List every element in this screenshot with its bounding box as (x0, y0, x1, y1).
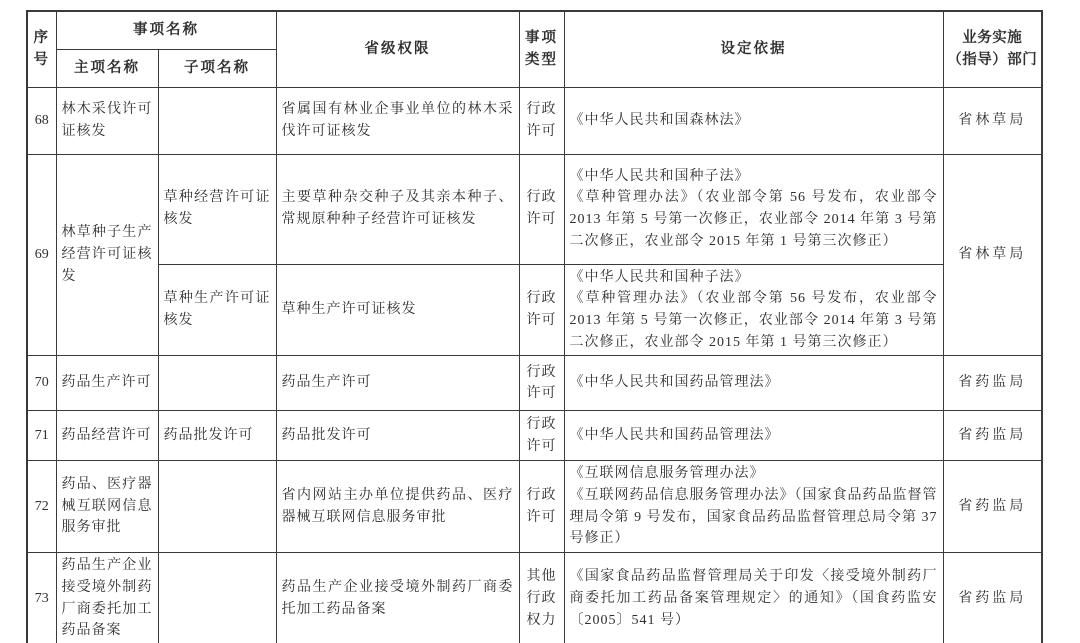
cell-sub-name (158, 87, 276, 154)
table-row-72: 72 药品、医疗器械互联网信息服务审批 省内网站主办单位提供药品、医疗器械互联网… (27, 461, 1042, 553)
document-page: 序 号 事项名称 省级权限 事项 类型 设定依据 业务实施 （指导）部门 主项名… (0, 0, 1080, 643)
cell-main-name: 林木采伐许可证核发 (56, 87, 158, 154)
header-row-1: 序 号 事项名称 省级权限 事项 类型 设定依据 业务实施 （指导）部门 (27, 11, 1042, 49)
table-row-69a: 69 林草种子生产经营许可证核发 草种经营许可证核发 主要草种杂交种子及其亲本种… (27, 154, 1042, 264)
cell-basis: 《国家食品药品监督管理局关于印发〈接受境外制药厂商委托加工药品备案管理规定〉的通… (564, 553, 943, 643)
cell-basis: 《中华人民共和国药品管理法》 (564, 411, 943, 461)
cell-sub-name: 草种经营许可证核发 (158, 154, 276, 264)
cell-main-name: 药品生产许可 (56, 356, 158, 411)
cell-basis: 《中华人民共和国种子法》 《草种管理办法》（农业部令第 56 号发布，农业部令 … (564, 264, 943, 356)
cell-main-name: 林草种子生产经营许可证核发 (56, 154, 158, 356)
header-no: 序 号 (27, 11, 56, 87)
cell-item-type: 行政 许可 (519, 411, 564, 461)
header-sub-name: 子项名称 (158, 49, 276, 87)
table-row-73: 73 药品生产企业接受境外制药厂商委托加工药品备案 药品生产企业接受境外制药厂商… (27, 553, 1042, 643)
table-row-69b: 草种生产许可证核发 草种生产许可证核发 行政 许可 《中华人民共和国种子法》 《… (27, 264, 1042, 356)
cell-sub-name (158, 356, 276, 411)
cell-department: 省林草局 (943, 154, 1042, 356)
table-row-68: 68 林木采伐许可证核发 省属国有林业企事业单位的林木采伐许可证核发 行政 许可… (27, 87, 1042, 154)
cell-item-type: 行政 许可 (519, 154, 564, 264)
header-main-name: 主项名称 (56, 49, 158, 87)
cell-sub-name (158, 461, 276, 553)
cell-provincial-authority: 草种生产许可证核发 (276, 264, 519, 356)
cell-provincial-authority: 药品批发许可 (276, 411, 519, 461)
cell-provincial-authority: 药品生产许可 (276, 356, 519, 411)
cell-department: 省药监局 (943, 461, 1042, 553)
cell-no: 71 (27, 411, 56, 461)
cell-basis: 《中华人民共和国种子法》 《草种管理办法》（农业部令第 56 号发布，农业部令 … (564, 154, 943, 264)
cell-item-type: 行政 许可 (519, 87, 564, 154)
cell-item-type: 行政 许可 (519, 264, 564, 356)
cell-main-name: 药品生产企业接受境外制药厂商委托加工药品备案 (56, 553, 158, 643)
cell-no: 73 (27, 553, 56, 643)
cell-provincial-authority: 药品生产企业接受境外制药厂商委托加工药品备案 (276, 553, 519, 643)
header-item-type: 事项 类型 (519, 11, 564, 87)
cell-department: 省药监局 (943, 553, 1042, 643)
header-item-name: 事项名称 (56, 11, 276, 49)
cell-provincial-authority: 主要草种杂交种子及其亲本种子、常规原种种子经营许可证核发 (276, 154, 519, 264)
cell-basis: 《互联网信息服务管理办法》 《互联网药品信息服务管理办法》（国家食品药品监督管理… (564, 461, 943, 553)
cell-sub-name (158, 553, 276, 643)
cell-no: 68 (27, 87, 56, 154)
cell-provincial-authority: 省内网站主办单位提供药品、医疗器械互联网信息服务审批 (276, 461, 519, 553)
cell-basis: 《中华人民共和国药品管理法》 (564, 356, 943, 411)
cell-basis: 《中华人民共和国森林法》 (564, 87, 943, 154)
table-body: 68 林木采伐许可证核发 省属国有林业企事业单位的林木采伐许可证核发 行政 许可… (27, 87, 1042, 643)
table-row-70: 70 药品生产许可 药品生产许可 行政 许可 《中华人民共和国药品管理法》 省药… (27, 356, 1042, 411)
header-provincial-authority: 省级权限 (276, 11, 519, 87)
cell-department: 省药监局 (943, 356, 1042, 411)
cell-item-type: 行政 许可 (519, 356, 564, 411)
cell-department: 省药监局 (943, 411, 1042, 461)
cell-no: 69 (27, 154, 56, 356)
cell-item-type: 行政 许可 (519, 461, 564, 553)
cell-sub-name: 药品批发许可 (158, 411, 276, 461)
cell-provincial-authority: 省属国有林业企事业单位的林木采伐许可证核发 (276, 87, 519, 154)
header-basis: 设定依据 (564, 11, 943, 87)
provincial-permissions-table: 序 号 事项名称 省级权限 事项 类型 设定依据 业务实施 （指导）部门 主项名… (26, 10, 1043, 643)
header-department: 业务实施 （指导）部门 (943, 11, 1042, 87)
cell-item-type: 其他 行政 权力 (519, 553, 564, 643)
cell-main-name: 药品、医疗器械互联网信息服务审批 (56, 461, 158, 553)
cell-main-name: 药品经营许可 (56, 411, 158, 461)
cell-department: 省林草局 (943, 87, 1042, 154)
cell-sub-name: 草种生产许可证核发 (158, 264, 276, 356)
table-row-71: 71 药品经营许可 药品批发许可 药品批发许可 行政 许可 《中华人民共和国药品… (27, 411, 1042, 461)
cell-no: 70 (27, 356, 56, 411)
cell-no: 72 (27, 461, 56, 553)
table-header: 序 号 事项名称 省级权限 事项 类型 设定依据 业务实施 （指导）部门 主项名… (27, 11, 1042, 87)
